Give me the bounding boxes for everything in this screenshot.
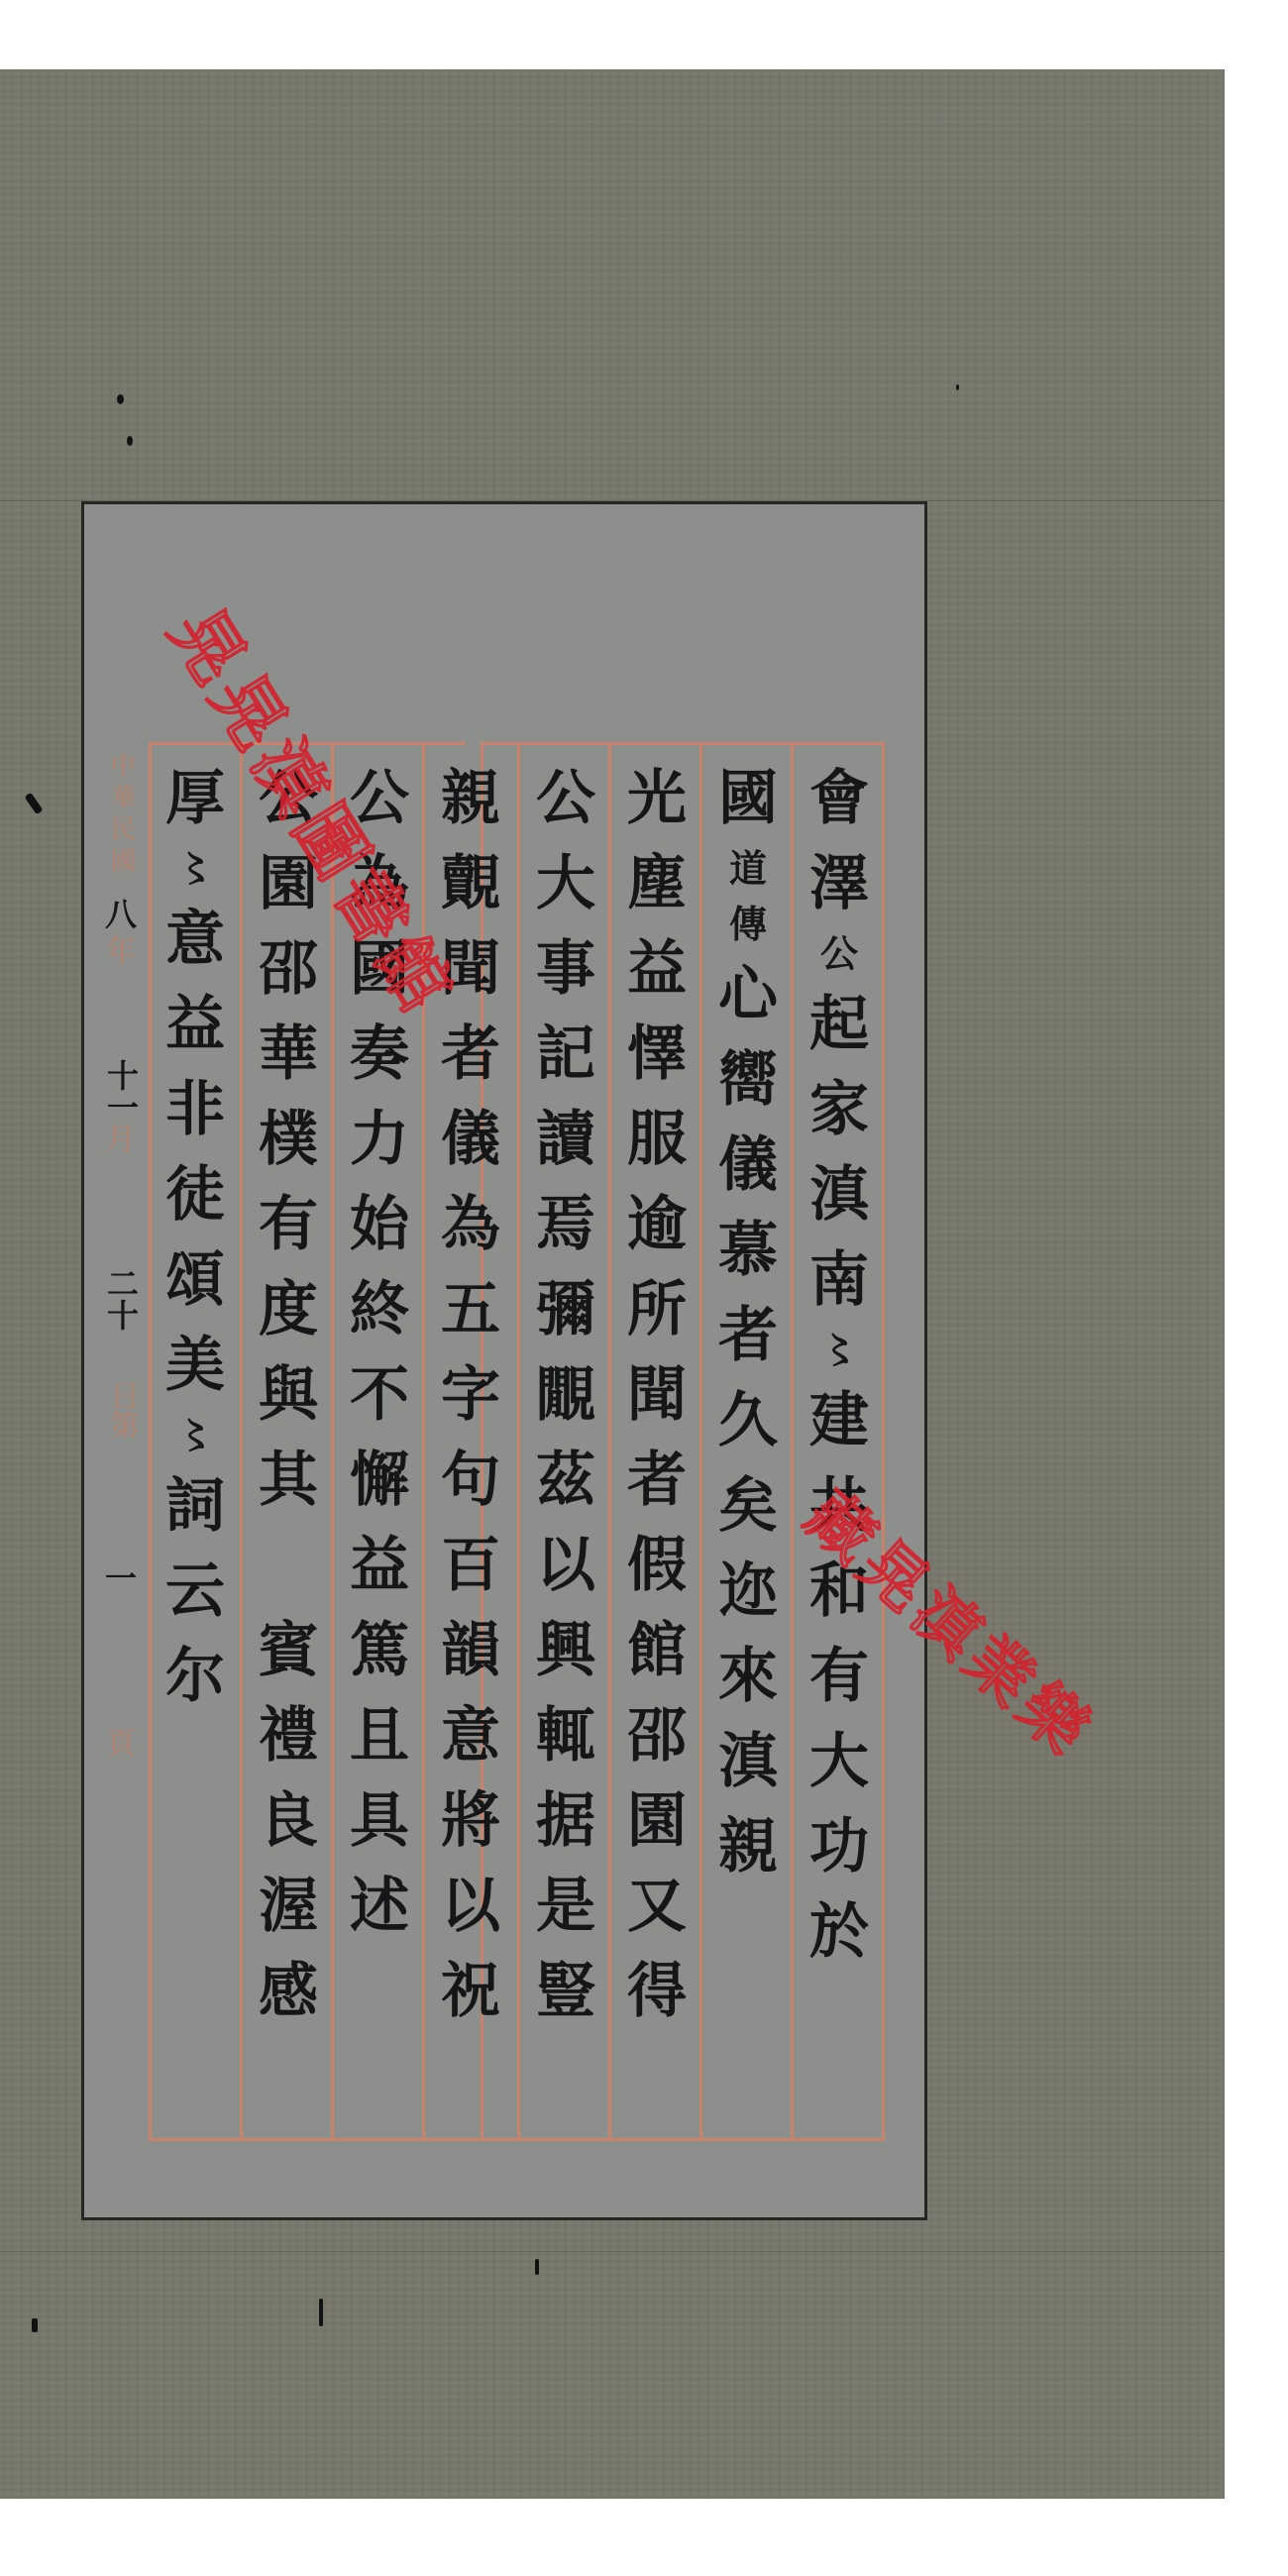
manuscript-character: 得	[614, 1949, 699, 2034]
date-column: 中華民國 八 年 十一 月 二十 日第 一 頁	[96, 752, 146, 1763]
manuscript-character: 述	[337, 1864, 422, 1949]
text-column-7: 公園邵華樸有度與其 賓禮良渥感	[246, 756, 331, 2034]
manuscript-character: 邵	[246, 926, 331, 1012]
manuscript-character: 來	[705, 1634, 791, 1719]
manuscript-character: 懈	[337, 1438, 422, 1523]
letter-page: 會澤公起家滇南〻建共和有大功於 國道傳心嚮儀慕者久矣迩來滇親 光塵益懌服逾所聞者…	[81, 501, 927, 2220]
manuscript-character: 厚	[153, 756, 238, 841]
manuscript-character: 邵	[614, 1693, 699, 1778]
manuscript-character: 所	[614, 1267, 699, 1352]
manuscript-character: 韻	[428, 1608, 513, 1693]
grid-rule	[608, 742, 611, 2141]
manuscript-character: 館	[614, 1608, 699, 1693]
printed-year-label: 年	[106, 934, 136, 970]
manuscript-character	[246, 1523, 331, 1608]
manuscript-character: 功	[797, 1804, 882, 1889]
manuscript-character: 奏	[337, 1012, 422, 1097]
manuscript-character: 力	[337, 1097, 422, 1182]
manuscript-character: 輒	[523, 1693, 608, 1778]
text-column-4: 公大事記讀焉彌覵茲以興輒据是豎	[523, 756, 608, 2034]
manuscript-character: 公	[523, 756, 608, 841]
handwritten-month: 十一	[101, 1059, 141, 1123]
manuscript-character: 茲	[523, 1438, 608, 1523]
manuscript-character: 道	[705, 841, 791, 897]
manuscript-character: 百	[428, 1523, 513, 1608]
manuscript-character: 逾	[614, 1182, 699, 1267]
manuscript-character: 嚮	[705, 1037, 791, 1123]
manuscript-character: 慕	[705, 1208, 791, 1293]
manuscript-character: 大	[797, 1719, 882, 1804]
manuscript-character: 澤	[797, 841, 882, 926]
manuscript-character: 者	[705, 1293, 791, 1378]
manuscript-character: 且	[337, 1693, 422, 1778]
manuscript-character: 記	[523, 1012, 608, 1097]
manuscript-character: 豎	[523, 1949, 608, 2034]
fold-line-bottom	[0, 2251, 1225, 2252]
manuscript-character: 與	[246, 1352, 331, 1438]
manuscript-character: 起	[797, 982, 882, 1067]
grid-rule	[149, 742, 152, 2141]
manuscript-character: 親	[428, 756, 513, 841]
manuscript-character: 詞	[153, 1463, 238, 1549]
manuscript-character: 祝	[428, 1949, 513, 2034]
manuscript-character: 〻	[153, 841, 238, 897]
manuscript-character: 以	[428, 1864, 513, 1949]
manuscript-character: 服	[614, 1097, 699, 1182]
manuscript-character: 禮	[246, 1693, 331, 1778]
manuscript-character: 〻	[153, 1408, 238, 1463]
manuscript-character: 將	[428, 1778, 513, 1864]
grid-rule	[882, 742, 885, 2141]
manuscript-character: 益	[153, 982, 238, 1067]
manuscript-character: 公	[797, 926, 882, 982]
manuscript-character: 樸	[246, 1097, 331, 1182]
printed-day-page-label: 日第	[103, 1380, 139, 1440]
manuscript-character: 聞	[614, 1352, 699, 1438]
manuscript-character: 美	[153, 1323, 238, 1408]
ruled-grid: 會澤公起家滇南〻建共和有大功於 國道傳心嚮儀慕者久矣迩來滇親 光塵益懌服逾所聞者…	[149, 742, 885, 2141]
grid-rule	[517, 742, 520, 2141]
manuscript-character: 意	[153, 897, 238, 982]
manuscript-character: 華	[246, 1012, 331, 1097]
manuscript-character: 矣	[705, 1463, 791, 1549]
manuscript-character: 〻	[797, 1323, 882, 1378]
manuscript-character: 非	[153, 1067, 238, 1152]
manuscript-character: 据	[523, 1778, 608, 1864]
manuscript-character: 親	[705, 1804, 791, 1889]
handwritten-year: 八	[105, 895, 137, 934]
manuscript-character: 者	[614, 1438, 699, 1523]
manuscript-character: 興	[523, 1608, 608, 1693]
manuscript-character: 滇	[705, 1719, 791, 1804]
manuscript-character: 益	[337, 1523, 422, 1608]
text-column-3: 光塵益懌服逾所聞者假館邵園又得	[614, 756, 699, 2034]
manuscript-character: 良	[246, 1778, 331, 1864]
grid-rule	[791, 742, 794, 2141]
grid-rule	[331, 742, 334, 2141]
manuscript-character: 會	[797, 756, 882, 841]
manuscript-character: 是	[523, 1864, 608, 1949]
manuscript-character: 以	[523, 1523, 608, 1608]
manuscript-character: 字	[428, 1352, 513, 1438]
manuscript-character: 其	[246, 1438, 331, 1523]
manuscript-character: 渥	[246, 1864, 331, 1949]
manuscript-character: 又	[614, 1864, 699, 1949]
manuscript-character: 者	[428, 1012, 513, 1097]
manuscript-character: 大	[523, 841, 608, 926]
ink-mark	[32, 2318, 38, 2332]
manuscript-character: 賓	[246, 1608, 331, 1693]
manuscript-character: 儀	[705, 1123, 791, 1208]
manuscript-character: 終	[337, 1267, 422, 1352]
manuscript-character: 於	[797, 1889, 882, 1975]
manuscript-character: 迩	[705, 1549, 791, 1634]
manuscript-character: 句	[428, 1438, 513, 1523]
text-column-2: 國道傳心嚮儀慕者久矣迩來滇親	[705, 756, 791, 1889]
manuscript-character: 懌	[614, 1012, 699, 1097]
manuscript-character: 不	[337, 1352, 422, 1438]
handwritten-page: 一	[105, 1558, 137, 1598]
manuscript-character: 感	[246, 1949, 331, 2034]
manuscript-character: 意	[428, 1693, 513, 1778]
ink-speck	[117, 394, 124, 404]
manuscript-character: 傳	[705, 897, 791, 952]
manuscript-character: 焉	[523, 1182, 608, 1267]
manuscript-character: 心	[705, 952, 791, 1037]
ink-mark	[319, 2299, 323, 2326]
manuscript-character: 儀	[428, 1097, 513, 1182]
text-column-1: 會澤公起家滇南〻建共和有大功於	[797, 756, 882, 1975]
ink-mark	[535, 2259, 539, 2275]
manuscript-character: 事	[523, 926, 608, 1012]
manuscript-character: 篤	[337, 1608, 422, 1693]
manuscript-character: 云	[153, 1549, 238, 1634]
manuscript-character: 覵	[523, 1352, 608, 1438]
handwritten-day: 二十	[101, 1267, 141, 1331]
manuscript-character: 彌	[523, 1267, 608, 1352]
manuscript-character: 度	[246, 1267, 331, 1352]
ink-mark	[24, 793, 43, 815]
manuscript-character: 久	[705, 1378, 791, 1463]
manuscript-character: 讀	[523, 1097, 608, 1182]
manuscript-character: 尔	[153, 1634, 238, 1719]
grid-top-rule-right	[483, 742, 885, 745]
ink-speck	[127, 436, 133, 446]
grid-rule	[240, 742, 243, 2141]
text-column-8: 厚〻意益非徒頌美〻詞云尔	[153, 756, 238, 1719]
manuscript-character: 國	[705, 756, 791, 841]
printed-page-label: 頁	[106, 1727, 136, 1763]
manuscript-character: 具	[337, 1778, 422, 1864]
manuscript-character: 頌	[153, 1237, 238, 1323]
manuscript-character: 光	[614, 756, 699, 841]
manuscript-character: 園	[614, 1778, 699, 1864]
manuscript-character: 滇	[797, 1152, 882, 1237]
grid-rule	[699, 742, 702, 2141]
ink-speck	[956, 384, 959, 390]
manuscript-character: 五	[428, 1267, 513, 1352]
manuscript-character: 始	[337, 1182, 422, 1267]
manuscript-character: 建	[797, 1378, 882, 1463]
manuscript-character: 南	[797, 1237, 882, 1323]
manuscript-character: 徒	[153, 1152, 238, 1237]
manuscript-character: 家	[797, 1067, 882, 1152]
manuscript-character: 假	[614, 1523, 699, 1608]
manuscript-character: 有	[246, 1182, 331, 1267]
manuscript-character: 為	[428, 1182, 513, 1267]
manuscript-character: 有	[797, 1634, 882, 1719]
manuscript-character: 益	[614, 926, 699, 1012]
manuscript-character: 塵	[614, 841, 699, 926]
printed-month-label: 月	[106, 1123, 136, 1158]
printed-era: 中華民國	[103, 752, 139, 879]
